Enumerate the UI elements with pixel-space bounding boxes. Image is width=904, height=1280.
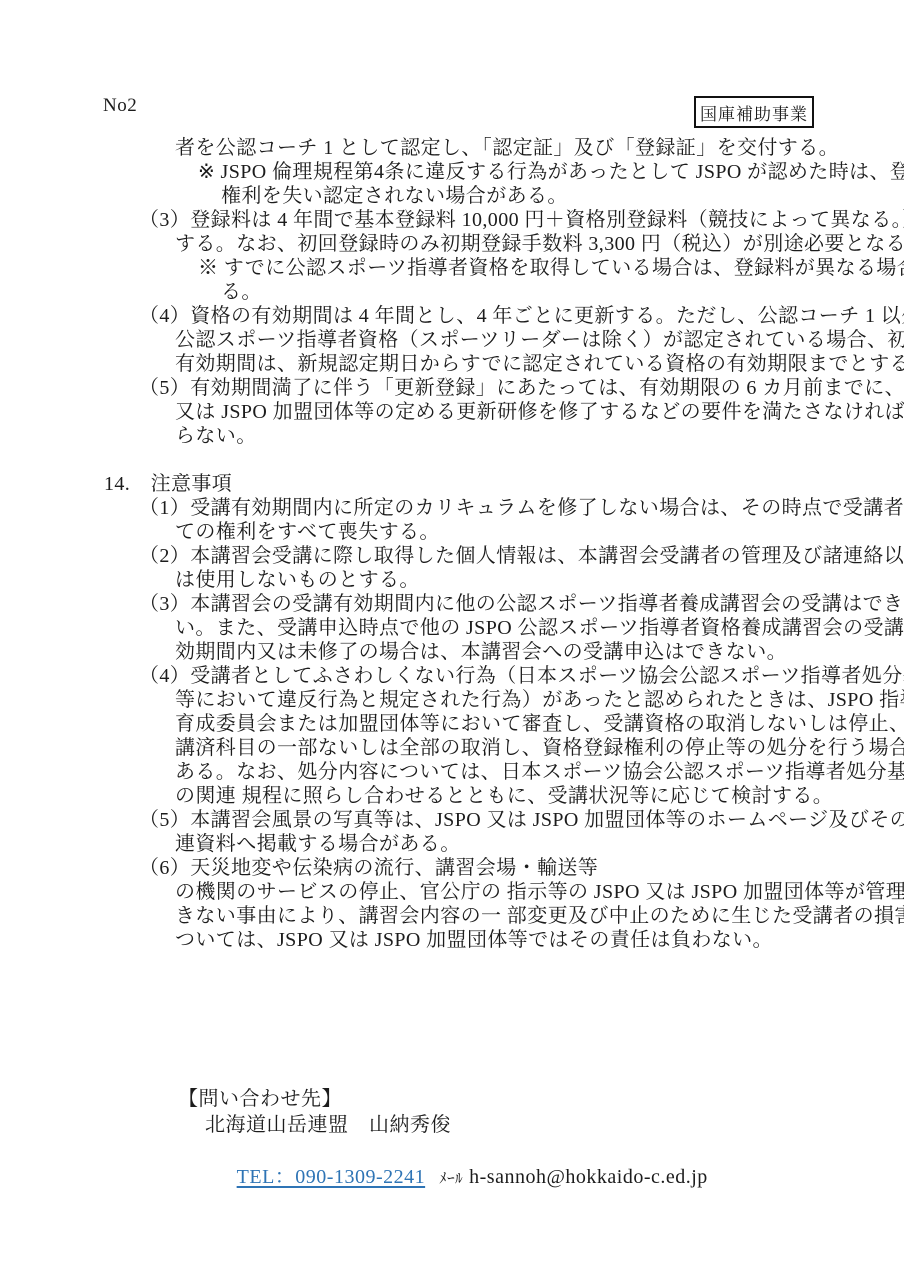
- text-line: らない。: [0, 424, 904, 448]
- text-line: い。また、受講申込時点で他の JSPO 公認スポーツ指導者資格養成講習会の受講有: [0, 616, 904, 640]
- text-line: 育成委員会または加盟団体等において審査し、受講資格の取消しないしは停止、受: [0, 712, 904, 736]
- document-page: No2 国庫補助事業 者を公認コーチ 1 として認定し、「認定証」及び「登録証」…: [0, 0, 904, 1280]
- tel-link[interactable]: TEL：090-1309-2241: [237, 1166, 425, 1188]
- text-line: ての権利をすべて喪失する。: [0, 520, 904, 544]
- text-line: 14. 注意事項: [0, 472, 904, 496]
- text-line: は使用しないものとする。: [0, 568, 904, 592]
- page-number: No2: [103, 95, 137, 117]
- text-line: の機関のサービスの停止、官公庁の 指示等の JSPO 又は JSPO 加盟団体等…: [0, 880, 904, 904]
- text-line: （3）本講習会の受講有効期間内に他の公認スポーツ指導者養成講習会の受講はできな: [0, 592, 904, 616]
- email-address: h-sannoh@hokkaido-c.ed.jp: [469, 1166, 708, 1188]
- text-line: 等において違反行為と規定された行為）があったと認められたときは、JSPO 指導者: [0, 688, 904, 712]
- text-line: （2）本講習会受講に際し取得した個人情報は、本講習会受講者の管理及び諸連絡以外に: [0, 544, 904, 568]
- subsidy-stamp-box: 国庫補助事業: [694, 96, 814, 128]
- contact-block: 【問い合わせ先】 北海道山岳連盟 山納秀俊 TEL：090-1309-2241ﾒ…: [0, 1086, 904, 1164]
- text-line: 権利を失い認定されない場合がある。: [0, 184, 904, 208]
- text-line: （6）天災地変や伝染病の流行、講習会場・輸送等: [0, 856, 904, 880]
- text-line: ※ JSPO 倫理規程第4条に違反する行為があったとして JSPO が認めた時は…: [0, 160, 904, 184]
- text-line: きない事由により、講習会内容の一 部変更及び中止のために生じた受講者の損害に: [0, 904, 904, 928]
- contact-heading: 【問い合わせ先】: [0, 1086, 904, 1112]
- contact-org-person: 北海道山岳連盟 山納秀俊: [0, 1112, 904, 1138]
- text-line: 又は JSPO 加盟団体等の定める更新研修を修了するなどの要件を満たさなければな: [0, 400, 904, 424]
- text-line: ※ すでに公認スポーツ指導者資格を取得している場合は、登録料が異なる場合があ: [0, 256, 904, 280]
- text-line: （5）本講習会風景の写真等は、JSPO 又は JSPO 加盟団体等のホームページ…: [0, 808, 904, 832]
- contact-tel-line: TEL：090-1309-2241ﾒｰﾙh-sannoh@hokkaido-c.…: [0, 1138, 904, 1164]
- text-line: 者を公認コーチ 1 として認定し、「認定証」及び「登録証」を交付する。: [0, 136, 904, 160]
- text-line: （5）有効期間満了に伴う「更新登録」にあたっては、有効期限の 6 カ月前までに、…: [0, 376, 904, 400]
- subsidy-stamp-label: 国庫補助事業: [700, 100, 808, 125]
- text-line: （3）登録料は 4 年間で基本登録料 10,000 円＋資格別登録料（競技によっ…: [0, 208, 904, 232]
- text-line: 有効期間は、新規認定期日からすでに認定されている資格の有効期限までとする。: [0, 352, 904, 376]
- document-body: 者を公認コーチ 1 として認定し、「認定証」及び「登録証」を交付する。※ JSP…: [0, 136, 904, 952]
- text-line: の関連 規程に照らし合わせるとともに、受講状況等に応じて検討する。: [0, 784, 904, 808]
- mail-label: ﾒｰﾙ: [439, 1171, 463, 1187]
- text-line: （1）受講有効期間内に所定のカリキュラムを修了しない場合は、その時点で受講者とし: [0, 496, 904, 520]
- text-line: 効期間内又は未修了の場合は、本講習会への受講申込はできない。: [0, 640, 904, 664]
- text-line: 連資料へ掲載する場合がある。: [0, 832, 904, 856]
- text-line: ある。なお、処分内容については、日本スポーツ協会公認スポーツ指導者処分基準等: [0, 760, 904, 784]
- text-line: 公認スポーツ指導者資格（スポーツリーダーは除く）が認定されている場合、初回の: [0, 328, 904, 352]
- text-line: 講済科目の一部ないしは全部の取消し、資格登録権利の停止等の処分を行う場合が: [0, 736, 904, 760]
- blank-line: [0, 448, 904, 472]
- text-line: ついては、JSPO 又は JSPO 加盟団体等ではその責任は負わない。: [0, 928, 904, 952]
- text-line: する。なお、初回登録時のみ初期登録手数料 3,300 円（税込）が別途必要となる…: [0, 232, 904, 256]
- text-line: （4）受講者としてふさわしくない行為（日本スポーツ協会公認スポーツ指導者処分基準: [0, 664, 904, 688]
- text-line: る。: [0, 280, 904, 304]
- text-line: （4）資格の有効期間は 4 年間とし、4 年ごとに更新する。ただし、公認コーチ …: [0, 304, 904, 328]
